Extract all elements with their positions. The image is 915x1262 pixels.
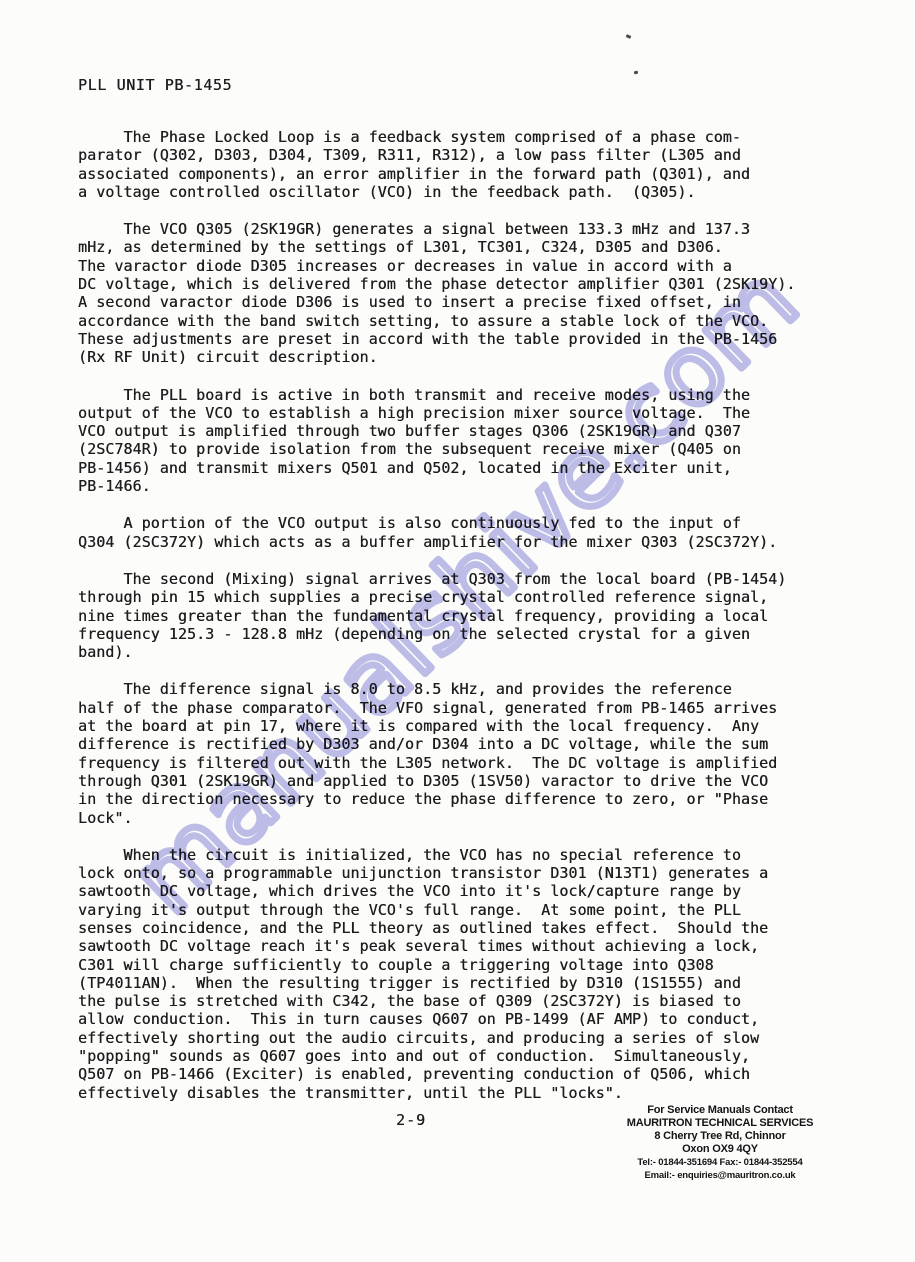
- stamp-line-phone: Tel:- 01844-351694 Fax:- 01844-352554: [626, 1156, 814, 1169]
- paragraph-mixing: The second (Mixing) signal arrives at Q3…: [78, 570, 838, 661]
- stamp-line-street: 8 Cherry Tree Rd, Chinnor: [626, 1130, 814, 1143]
- service-stamp: For Service Manuals Contact MAURITRON TE…: [626, 1104, 814, 1182]
- paragraph-pll-board: The PLL board is active in both transmit…: [78, 386, 838, 496]
- paragraph-vco: The VCO Q305 (2SK19GR) generates a signa…: [78, 220, 838, 366]
- page-number: 2-9: [396, 1111, 426, 1129]
- stamp-line-city: Oxon OX9 4QY: [626, 1143, 814, 1156]
- stamp-line-contact: For Service Manuals Contact: [626, 1104, 814, 1117]
- scanned-page: PLL UNIT PB-1455 The Phase Locked Loop i…: [0, 0, 915, 1262]
- paragraph-intro: The Phase Locked Loop is a feedback syst…: [78, 128, 838, 201]
- page-title: PLL UNIT PB-1455: [78, 76, 232, 94]
- scan-speck: [626, 34, 632, 39]
- scan-speck: [634, 71, 639, 75]
- document-body: The Phase Locked Loop is a feedback syst…: [78, 128, 838, 1121]
- paragraph-init: When the circuit is initialized, the VCO…: [78, 846, 838, 1102]
- paragraph-buffer: A portion of the VCO output is also cont…: [78, 514, 838, 551]
- stamp-line-company: MAURITRON TECHNICAL SERVICES: [626, 1117, 814, 1130]
- stamp-line-email: Email:- enquiries@mauritron.co.uk: [626, 1169, 814, 1182]
- paragraph-difference: The difference signal is 8.0 to 8.5 kHz,…: [78, 680, 838, 826]
